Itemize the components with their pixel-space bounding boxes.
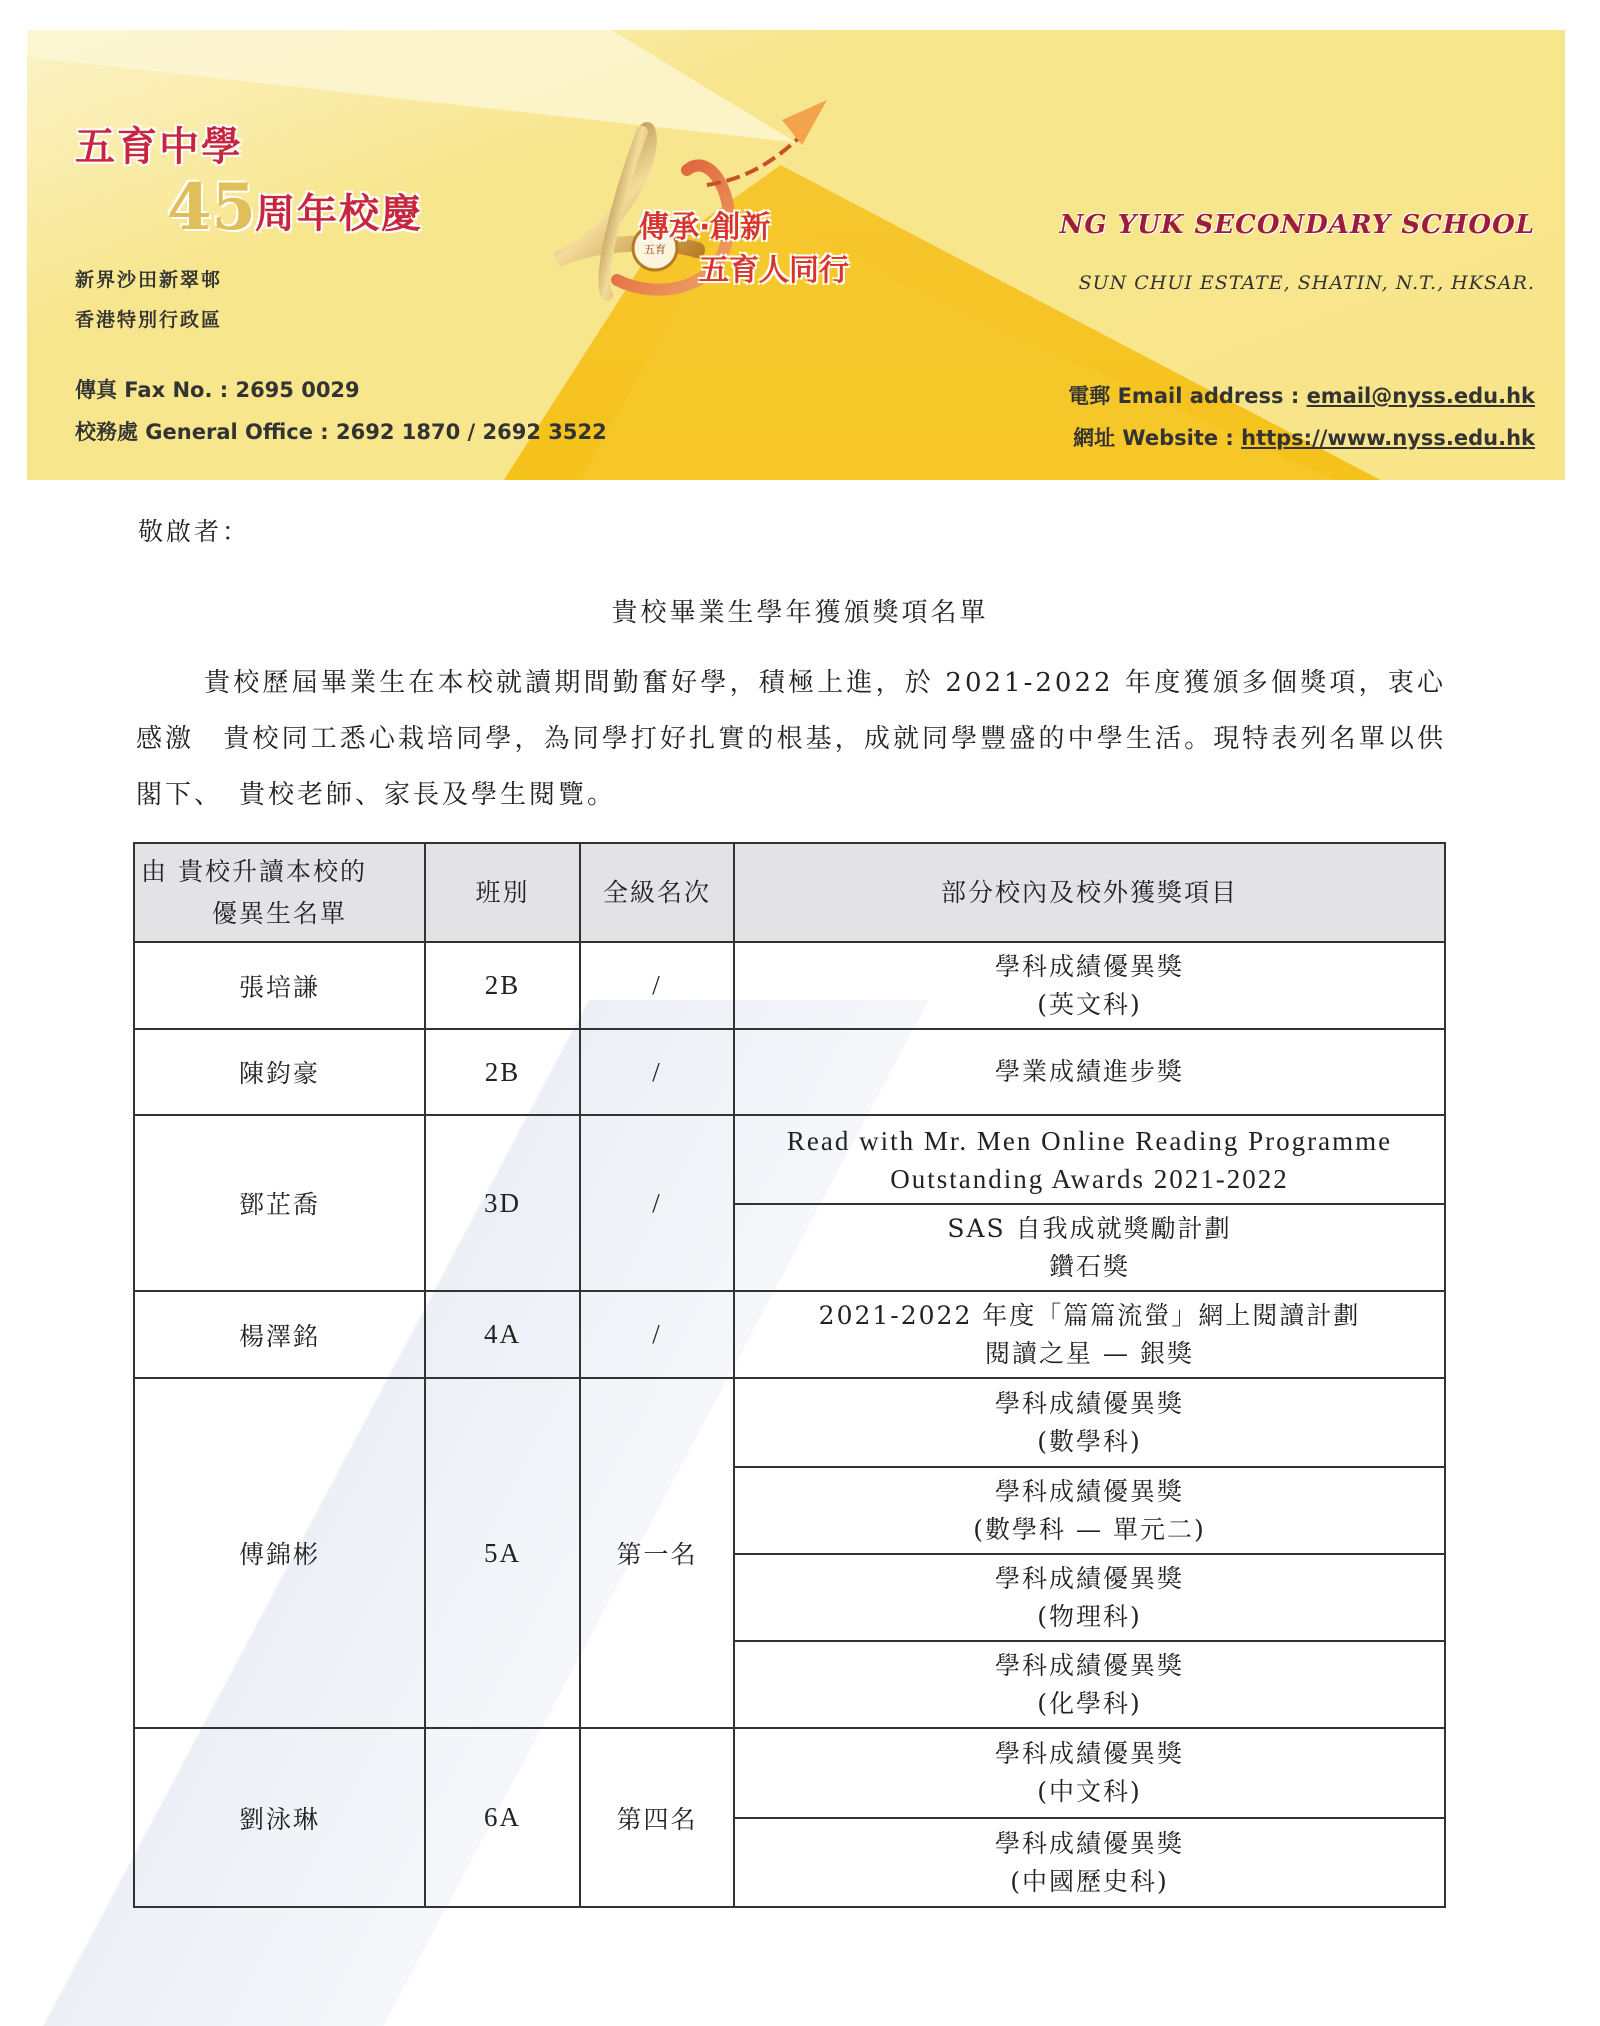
student-rank: / (580, 1291, 734, 1378)
student-rank: 第一名 (580, 1378, 734, 1728)
student-class: 2B (425, 942, 580, 1029)
student-class: 5A (425, 1378, 580, 1728)
student-name: 張培謙 (134, 942, 425, 1029)
award-item: 2021-2022 年度「篇篇流螢」網上閱讀計劃 閱讀之星 — 銀獎 (734, 1291, 1445, 1378)
anniversary-label: 周年校慶 (255, 182, 423, 239)
table-row: 楊澤銘 4A / 2021-2022 年度「篇篇流螢」網上閱讀計劃 閱讀之星 —… (134, 1291, 1445, 1378)
fax-info: 傳真 Fax No. : 2695 0029 (75, 374, 360, 404)
address-cn-line1: 新界沙田新翠邨 (75, 265, 222, 292)
award-item: 學科成績優異獎 (中國歷史科) (734, 1818, 1445, 1907)
table-row: 傅錦彬 5A 第一名 學科成績優異獎 (數學科) (134, 1378, 1445, 1467)
school-name-en: NG YUK SECONDARY SCHOOL (1060, 210, 1535, 240)
letterhead-banner: 五育中學 45 周年校慶 新界沙田新翠邨 香港特別行政區 傳真 Fax No. … (27, 30, 1565, 480)
website-info: 網址 Website : https://www.nyss.edu.hk (1073, 422, 1535, 452)
award-item: 學科成績優異獎 (數學科) (734, 1378, 1445, 1467)
header-class: 班別 (425, 843, 580, 942)
email-info: 電郵 Email address : email@nyss.edu.hk (1068, 380, 1535, 410)
salutation: 敬啟者： (138, 512, 250, 548)
award-item: 學科成績優異獎 (中文科) (734, 1728, 1445, 1818)
student-rank: / (580, 942, 734, 1029)
student-rank: 第四名 (580, 1728, 734, 1907)
office-info: 校務處 General Office : 2692 1870 / 2692 35… (75, 416, 607, 446)
student-rank: / (580, 1029, 734, 1115)
email-link[interactable]: email@nyss.edu.hk (1307, 384, 1535, 408)
slogan-line1: 傳承·創新 (639, 202, 770, 246)
award-item: 學科成績優異獎 (英文科) (734, 942, 1445, 1029)
table-header-row: 由 貴校升讀本校的 優異生名單 班別 全級名次 部分校內及校外獲獎項目 (134, 843, 1445, 942)
award-item: 學業成績進步獎 (734, 1029, 1445, 1115)
anniversary-number: 45 (167, 170, 256, 245)
student-name: 劉泳琳 (134, 1728, 425, 1907)
office-number: 2692 1870 / 2692 3522 (336, 420, 607, 444)
website-link[interactable]: https://www.nyss.edu.hk (1241, 426, 1535, 450)
student-name: 傅錦彬 (134, 1378, 425, 1728)
intro-paragraph: 貴校歷屆畢業生在本校就讀期間勤奮好學，積極上進，於 2021-2022 年度獲頒… (136, 655, 1446, 823)
student-name: 鄧芷喬 (134, 1115, 425, 1291)
award-item: Read with Mr. Men Online Reading Program… (734, 1115, 1445, 1204)
award-item: 學科成績優異獎 (數學科 — 單元二) (734, 1467, 1445, 1554)
address-cn-line2: 香港特別行政區 (75, 305, 222, 332)
awards-table: 由 貴校升讀本校的 優異生名單 班別 全級名次 部分校內及校外獲獎項目 張培謙 … (133, 842, 1446, 1908)
award-item: SAS 自我成就獎勵計劃 鑽石獎 (734, 1204, 1445, 1291)
student-rank: / (580, 1115, 734, 1291)
student-name: 陳鈞豪 (134, 1029, 425, 1115)
table-row: 鄧芷喬 3D / Read with Mr. Men Online Readin… (134, 1115, 1445, 1204)
award-item: 學科成績優異獎 (化學科) (734, 1641, 1445, 1728)
student-class: 2B (425, 1029, 580, 1115)
school-name-cn: 五育中學 (75, 115, 243, 172)
award-item: 學科成績優異獎 (物理科) (734, 1554, 1445, 1641)
slogan-line2: 五育人同行 (699, 245, 849, 289)
student-name: 楊澤銘 (134, 1291, 425, 1378)
header-student: 由 貴校升讀本校的 優異生名單 (134, 843, 425, 942)
header-awards: 部分校內及校外獲獎項目 (734, 843, 1445, 942)
table-row: 陳鈞豪 2B / 學業成績進步獎 (134, 1029, 1445, 1115)
student-class: 3D (425, 1115, 580, 1291)
student-class: 6A (425, 1728, 580, 1907)
table-row: 劉泳琳 6A 第四名 學科成績優異獎 (中文科) (134, 1728, 1445, 1818)
student-class: 4A (425, 1291, 580, 1378)
fax-number: 2695 0029 (235, 378, 359, 402)
address-en: SUN CHUI ESTATE, SHATIN, N.T., HKSAR. (1079, 272, 1535, 294)
document-title: 貴校畢業生學年獲頒獎項名單 (0, 592, 1600, 629)
table-row: 張培謙 2B / 學科成績優異獎 (英文科) (134, 942, 1445, 1029)
header-rank: 全級名次 (580, 843, 734, 942)
